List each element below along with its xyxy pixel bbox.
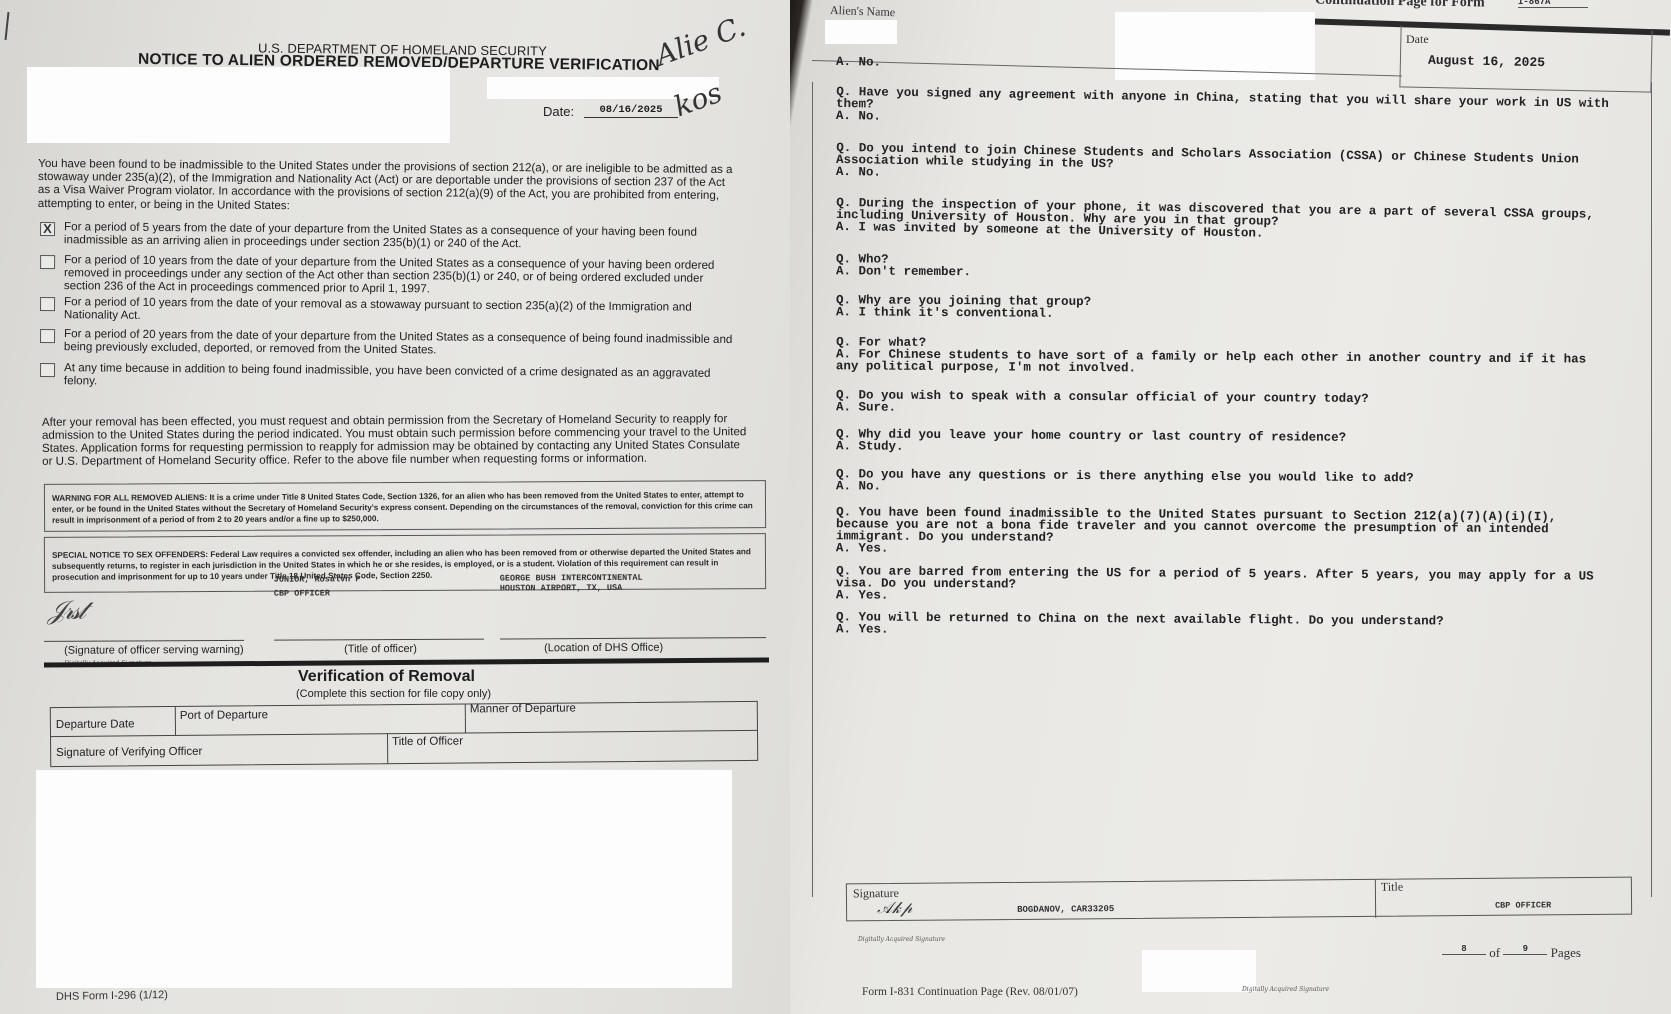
option-text: At any time because in addition to being…	[64, 361, 738, 393]
option-10-years-removed[interactable]: For a period of 10 years from the date o…	[38, 253, 738, 298]
qa-entry: Q. For what?A. For Chinese students to h…	[836, 336, 1616, 377]
pages-label: Pages	[1551, 945, 1581, 960]
option-5-years[interactable]: X For a period of 5 years from the date …	[38, 220, 738, 252]
redacted-alien-name	[825, 20, 897, 44]
officer-signature: 𝒜𝓀𝓅	[877, 898, 912, 918]
option-text: For a period of 10 years from the date o…	[64, 295, 738, 327]
option-text: For a period of 20 years from the date o…	[64, 327, 738, 359]
officer-signature-field: 𝒥𝓇𝓈𝓉	[44, 591, 244, 642]
officer-signature: 𝒥𝓇𝓈𝓉	[48, 596, 83, 627]
page-current: 8	[1442, 944, 1486, 955]
intro-paragraph: You have been found to be inadmissible t…	[38, 157, 738, 216]
form-i296-page: U.S. DEPARTMENT OF HOMELAND SECURITY NOT…	[0, 0, 790, 1014]
option-20-years[interactable]: For a period of 20 years from the date o…	[38, 327, 738, 359]
officer-title: CBP OFFICER	[1495, 900, 1551, 910]
form-footer: Form I-831 Continuation Page (Rev. 08/01…	[862, 986, 1078, 998]
signature-box: Signature 𝒜𝓀𝓅 BOGDANOV, CAR33205 Title C…	[846, 877, 1632, 922]
qa-entry: Q. Why are you joining that group?A. I t…	[836, 294, 1616, 323]
form-number: I-867A	[1518, 0, 1588, 8]
alien-name-label: Alien's Name	[830, 3, 896, 20]
redacted-stamp	[1142, 950, 1256, 992]
continuation-header: Continuation Page for Form	[1315, 0, 1485, 11]
checkbox-unchecked[interactable]	[40, 363, 55, 377]
question-text: Q. You are barred from entering the US f…	[836, 565, 1616, 594]
option-aggravated-felony[interactable]: At any time because in addition to being…	[38, 361, 738, 393]
option-10-years-stowaway[interactable]: For a period of 10 years from the date o…	[38, 295, 738, 327]
date-field: 08/16/2025	[584, 104, 678, 118]
location-caption: (Location of DHS Office)	[544, 642, 663, 655]
redacted-block-photo	[36, 770, 732, 988]
signature-caption: (Signature of officer serving warning)	[64, 644, 244, 657]
question-text: Q. You have been found inadmissible to t…	[836, 506, 1616, 547]
page-of: of	[1489, 945, 1500, 960]
digital-signature-note: Digitally Acquired Signature	[858, 936, 945, 943]
verification-subtitle: (Complete this section for file copy onl…	[296, 688, 491, 700]
verification-title: Verification of Removal	[298, 668, 475, 686]
option-text: For a period of 10 years from the date o…	[64, 253, 738, 298]
officer-signature-row: 𝒥𝓇𝓈𝓉 (Signature of officer serving warni…	[44, 588, 766, 662]
title-label: Title	[1381, 880, 1403, 895]
date-label: Date	[1406, 32, 1429, 47]
warning-notice: WARNING FOR ALL REMOVED ALIENS: It is a …	[44, 480, 766, 532]
checkbox-unchecked[interactable]	[40, 329, 55, 343]
checkbox-unchecked[interactable]	[40, 297, 55, 311]
manner-of-departure-field[interactable]: Manner of Departure	[465, 699, 581, 718]
officer-title: CBP OFFICER	[274, 586, 330, 600]
option-text: For a period of 5 years from the date of…	[64, 220, 738, 252]
verification-table: Departure Date Port of Departure Manner …	[50, 701, 758, 767]
dhs-office-field: GEORGE BUSH INTERCONTINENTAL HOUSTON AIR…	[500, 588, 766, 639]
pen-mark	[5, 12, 10, 40]
officer-name: JUNIOR, Rosalvn P	[274, 572, 361, 586]
date-label: Date:	[543, 104, 574, 119]
sex-offender-notice: SPECIAL NOTICE TO SEX OFFENDERS: Federal…	[44, 533, 766, 593]
officer-title-field: JUNIOR, Rosalvn P CBP OFFICER	[274, 590, 484, 641]
qa-entry: Q. You are barred from entering the US f…	[836, 565, 1616, 606]
verifying-officer-title-field[interactable]: Title of Officer	[387, 732, 468, 751]
departure-date-field[interactable]: Departure Date	[51, 715, 140, 734]
title-caption: (Title of officer)	[344, 643, 417, 655]
page-total: 9	[1503, 944, 1547, 955]
officer-name: BOGDANOV, CAR33205	[1017, 904, 1114, 915]
verifying-officer-signature-field[interactable]: Signature of Verifying Officer	[51, 743, 207, 762]
qa-entry: Q. You have been found inadmissible to t…	[836, 506, 1616, 559]
reapply-paragraph: After your removal has been effected, yo…	[42, 412, 747, 468]
redacted-block-file-info	[27, 67, 450, 143]
checkbox-unchecked[interactable]	[40, 255, 55, 269]
port-of-departure-field[interactable]: Port of Departure	[175, 706, 273, 725]
digital-signature-note-2: Digitally Acquired Signature	[1242, 986, 1329, 993]
form-footer: DHS Form I-296 (1/12)	[56, 989, 168, 1003]
checkbox-checked[interactable]: X	[40, 222, 55, 236]
location-line-2: HOUSTON AIRPORT, TX, USA	[500, 581, 622, 596]
page-counter: 8 of 9 Pages	[1442, 944, 1581, 961]
form-i831-continuation-page: Continuation Page for Form I-867A Alien'…	[790, 0, 1671, 1014]
answer-text: A. For Chinese students to have sort of …	[836, 348, 1616, 377]
qa-entry: Q. Who?A. Don't remember.	[836, 253, 1616, 282]
